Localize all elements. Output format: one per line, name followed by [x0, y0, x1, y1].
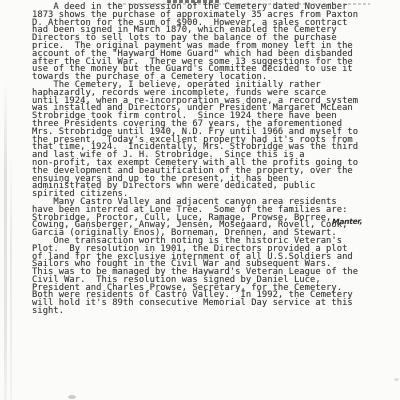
document-line: will hold it's 89th consecutive Memorial…	[32, 300, 377, 308]
scan-streak-artifact	[4, 80, 7, 400]
handwritten-annotation: Manter,	[332, 217, 363, 227]
document-body: A deed in the possession of the Cemetery…	[32, 4, 377, 316]
document-line: sight.	[32, 308, 377, 316]
scan-smudge-artifact	[394, 378, 399, 381]
scan-streak-artifact	[10, 150, 12, 400]
scan-smudge-artifact	[68, 395, 76, 399]
scanned-document-page: A deed in the possession of the Cemetery…	[0, 0, 400, 400]
